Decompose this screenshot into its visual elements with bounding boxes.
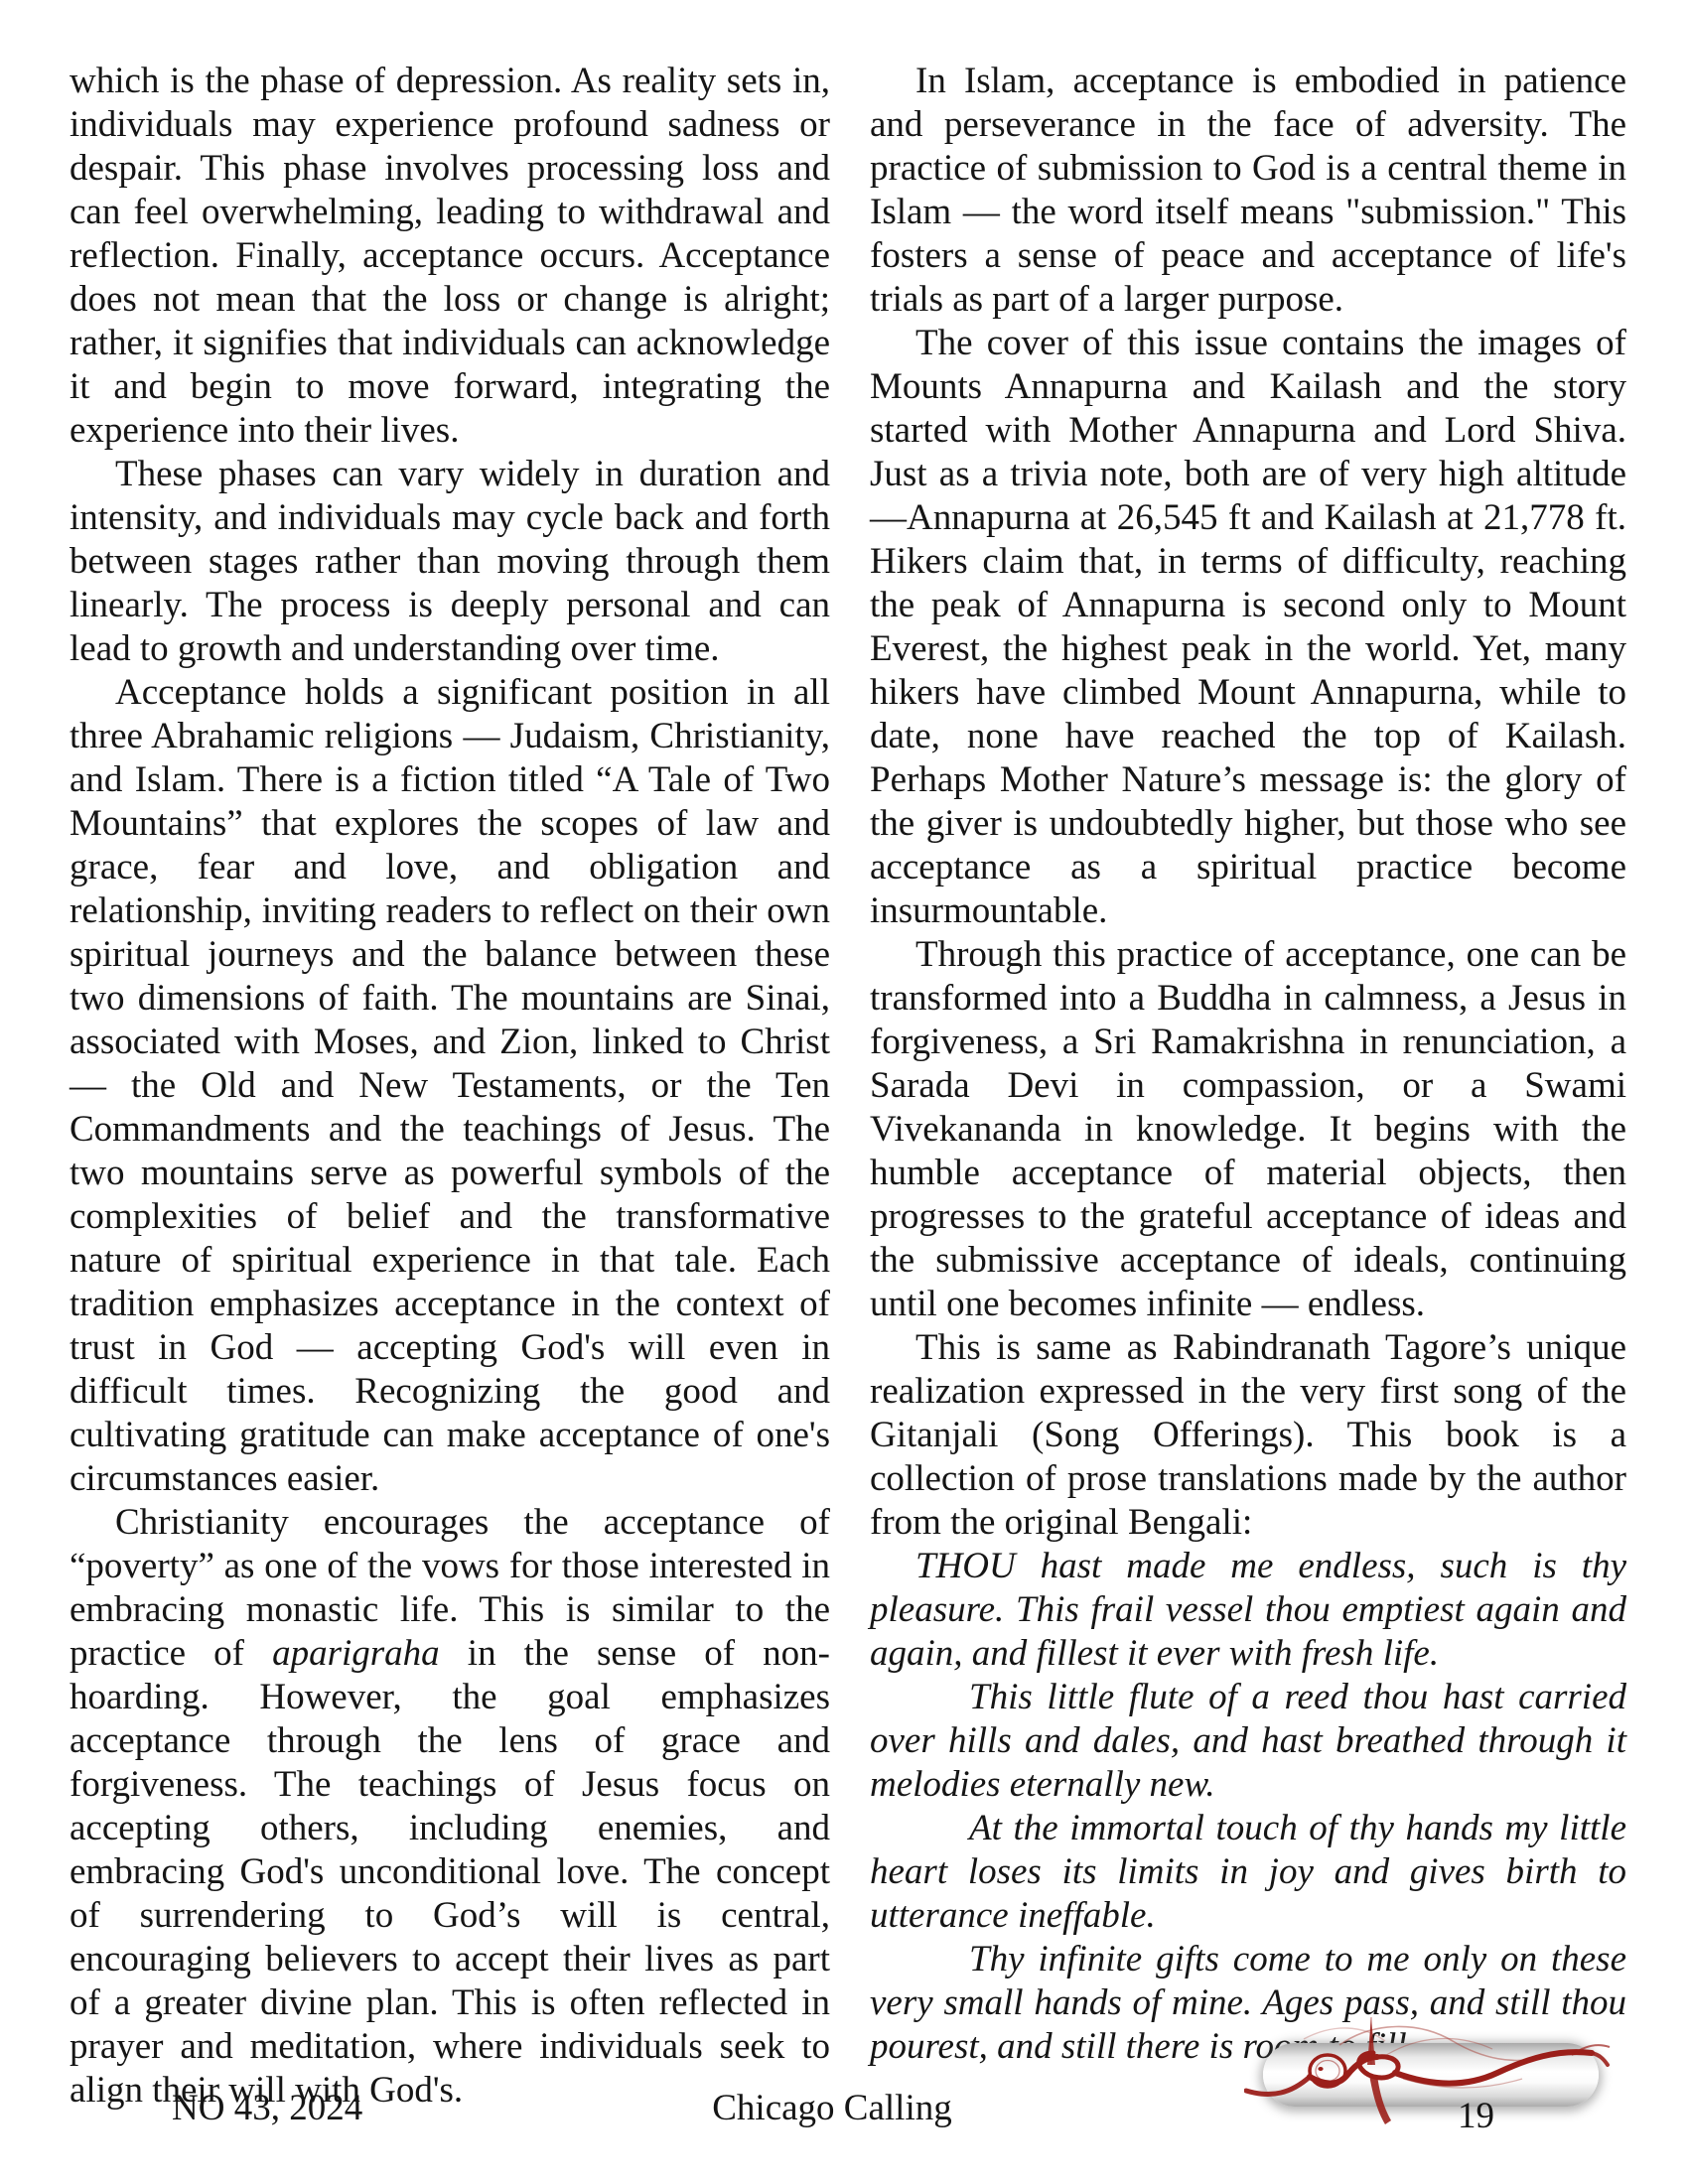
- text-run: in the sense of non-hoarding. However, t…: [70, 1633, 830, 2111]
- verse-paragraph: At the immortal touch of thy hands my li…: [870, 1807, 1626, 1938]
- body-paragraph: This is same as Rabindranath Tagore’s un…: [870, 1326, 1626, 1545]
- body-paragraph: These phases can vary widely in duration…: [70, 453, 830, 671]
- text-run: which is the phase of depression. As rea…: [70, 61, 830, 451]
- italic-text: At the immortal touch of thy hands my li…: [870, 1808, 1626, 1936]
- footer-magazine-title: Chicago Calling: [712, 2089, 952, 2128]
- body-paragraph: Acceptance holds a significant position …: [70, 671, 830, 1501]
- footer-page-number: 19: [1458, 2097, 1494, 2136]
- body-paragraph: Christianity encourages the acceptance o…: [70, 1501, 830, 2113]
- body-paragraph: Through this practice of acceptance, one…: [870, 933, 1626, 1326]
- text-run: This is same as Rabindranath Tagore’s un…: [870, 1327, 1626, 1543]
- footer-issue-number: NO 43, 2024: [172, 2089, 362, 2128]
- body-paragraph: The cover of this issue contains the ima…: [870, 322, 1626, 933]
- text-run: In Islam, acceptance is embodied in pati…: [870, 61, 1626, 320]
- text-run: The cover of this issue contains the ima…: [870, 323, 1626, 931]
- text-run: These phases can vary widely in duration…: [70, 454, 830, 669]
- magazine-page: which is the phase of depression. As rea…: [0, 0, 1688, 2184]
- body-paragraph: which is the phase of depression. As rea…: [70, 60, 830, 453]
- text-run: Acceptance holds a significant position …: [70, 672, 830, 1499]
- right-column: In Islam, acceptance is embodied in pati…: [870, 60, 1626, 2069]
- italic-text: aparigraha: [272, 1633, 440, 1674]
- left-column: which is the phase of depression. As rea…: [70, 60, 830, 2113]
- italic-text: THOU hast made me endless, such is thy p…: [870, 1546, 1626, 1674]
- verse-paragraph: THOU hast made me endless, such is thy p…: [870, 1545, 1626, 1676]
- italic-text: This little flute of a reed thou hast ca…: [870, 1677, 1626, 1805]
- text-run: Through this practice of acceptance, one…: [870, 934, 1626, 1324]
- body-paragraph: In Islam, acceptance is embodied in pati…: [870, 60, 1626, 322]
- verse-paragraph: This little flute of a reed thou hast ca…: [870, 1676, 1626, 1807]
- flourish-background: [1263, 2043, 1599, 2107]
